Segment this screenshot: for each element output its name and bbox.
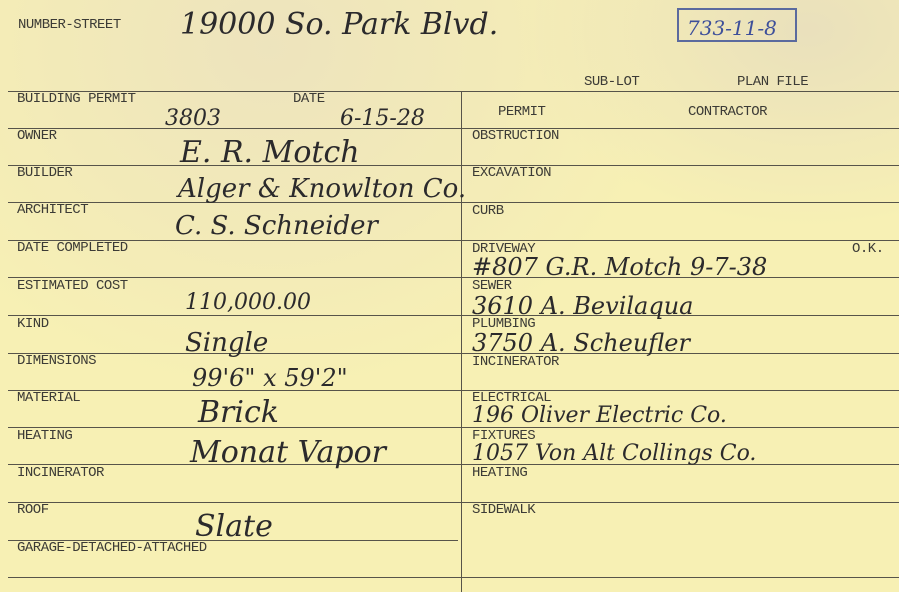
driveway-value: #807 G.R. Motch 9-7-38 — [472, 255, 767, 279]
plumbing-value: 3750 A. Scheufler — [472, 331, 690, 355]
building-permit-label: BUILDING PERMIT — [17, 92, 136, 106]
architect-label: ARCHITECT — [17, 203, 88, 217]
number-street-value: 19000 So. Park Blvd. — [180, 10, 498, 40]
architect-value: C. S. Schneider — [175, 213, 378, 239]
electrical-value: 196 Oliver Electric Co. — [472, 405, 727, 427]
ok-label: O.K. — [852, 242, 884, 256]
excavation-label: EXCAVATION — [472, 166, 551, 180]
sub-lot-label: SUB-LOT — [584, 75, 639, 89]
roof-value: Slate — [195, 512, 273, 542]
estimated-cost-label: ESTIMATED COST — [17, 279, 128, 293]
incinerator-right-label: INCINERATOR — [472, 355, 559, 369]
sewer-label: SEWER — [472, 279, 512, 293]
date-completed-label: DATE COMPLETED — [17, 241, 128, 255]
date-value: 6-15-28 — [340, 108, 425, 130]
roof-label: ROOF — [17, 503, 49, 517]
dimensions-value: 99'6" x 59'2" — [192, 366, 348, 390]
heating-right-label: HEATING — [472, 466, 527, 480]
file-stamp: 733-11-8 — [677, 8, 797, 42]
fixtures-value: 1057 Von Alt Collings Co. — [472, 443, 756, 465]
material-label: MATERIAL — [17, 391, 80, 405]
sewer-value: 3610 A. Bevilaqua — [472, 294, 693, 318]
sidewalk-label: SIDEWALK — [472, 503, 535, 517]
dimensions-label: DIMENSIONS — [17, 354, 96, 368]
builder-label: BUILDER — [17, 166, 72, 180]
garage-label: GARAGE-DETACHED-ATTACHED — [17, 541, 207, 555]
permit-column-label: PERMIT — [498, 105, 545, 119]
material-value: Brick — [198, 398, 279, 428]
heating-label: HEATING — [17, 429, 72, 443]
builder-value: Alger & Knowlton Co. — [178, 176, 466, 202]
kind-value: Single — [185, 330, 268, 356]
plan-file-label: PLAN FILE — [737, 75, 808, 89]
owner-value: E. R. Motch — [180, 138, 360, 168]
date-label: DATE — [293, 92, 325, 106]
owner-label: OWNER — [17, 129, 57, 143]
estimated-cost-value: 110,000.00 — [185, 292, 311, 314]
incinerator-label: INCINERATOR — [17, 466, 104, 480]
contractor-column-label: CONTRACTOR — [688, 105, 767, 119]
building-permit-value: 3803 — [165, 108, 221, 130]
permit-card: NUMBER-STREET 19000 So. Park Blvd. 733-1… — [0, 0, 899, 592]
number-street-label: NUMBER-STREET — [18, 18, 121, 32]
kind-label: KIND — [17, 317, 49, 331]
file-stamp-value: 733-11-8 — [687, 16, 777, 40]
heating-value: Monat Vapor — [190, 438, 386, 468]
obstruction-label: OBSTRUCTION — [472, 129, 559, 143]
curb-label: CURB — [472, 204, 504, 218]
